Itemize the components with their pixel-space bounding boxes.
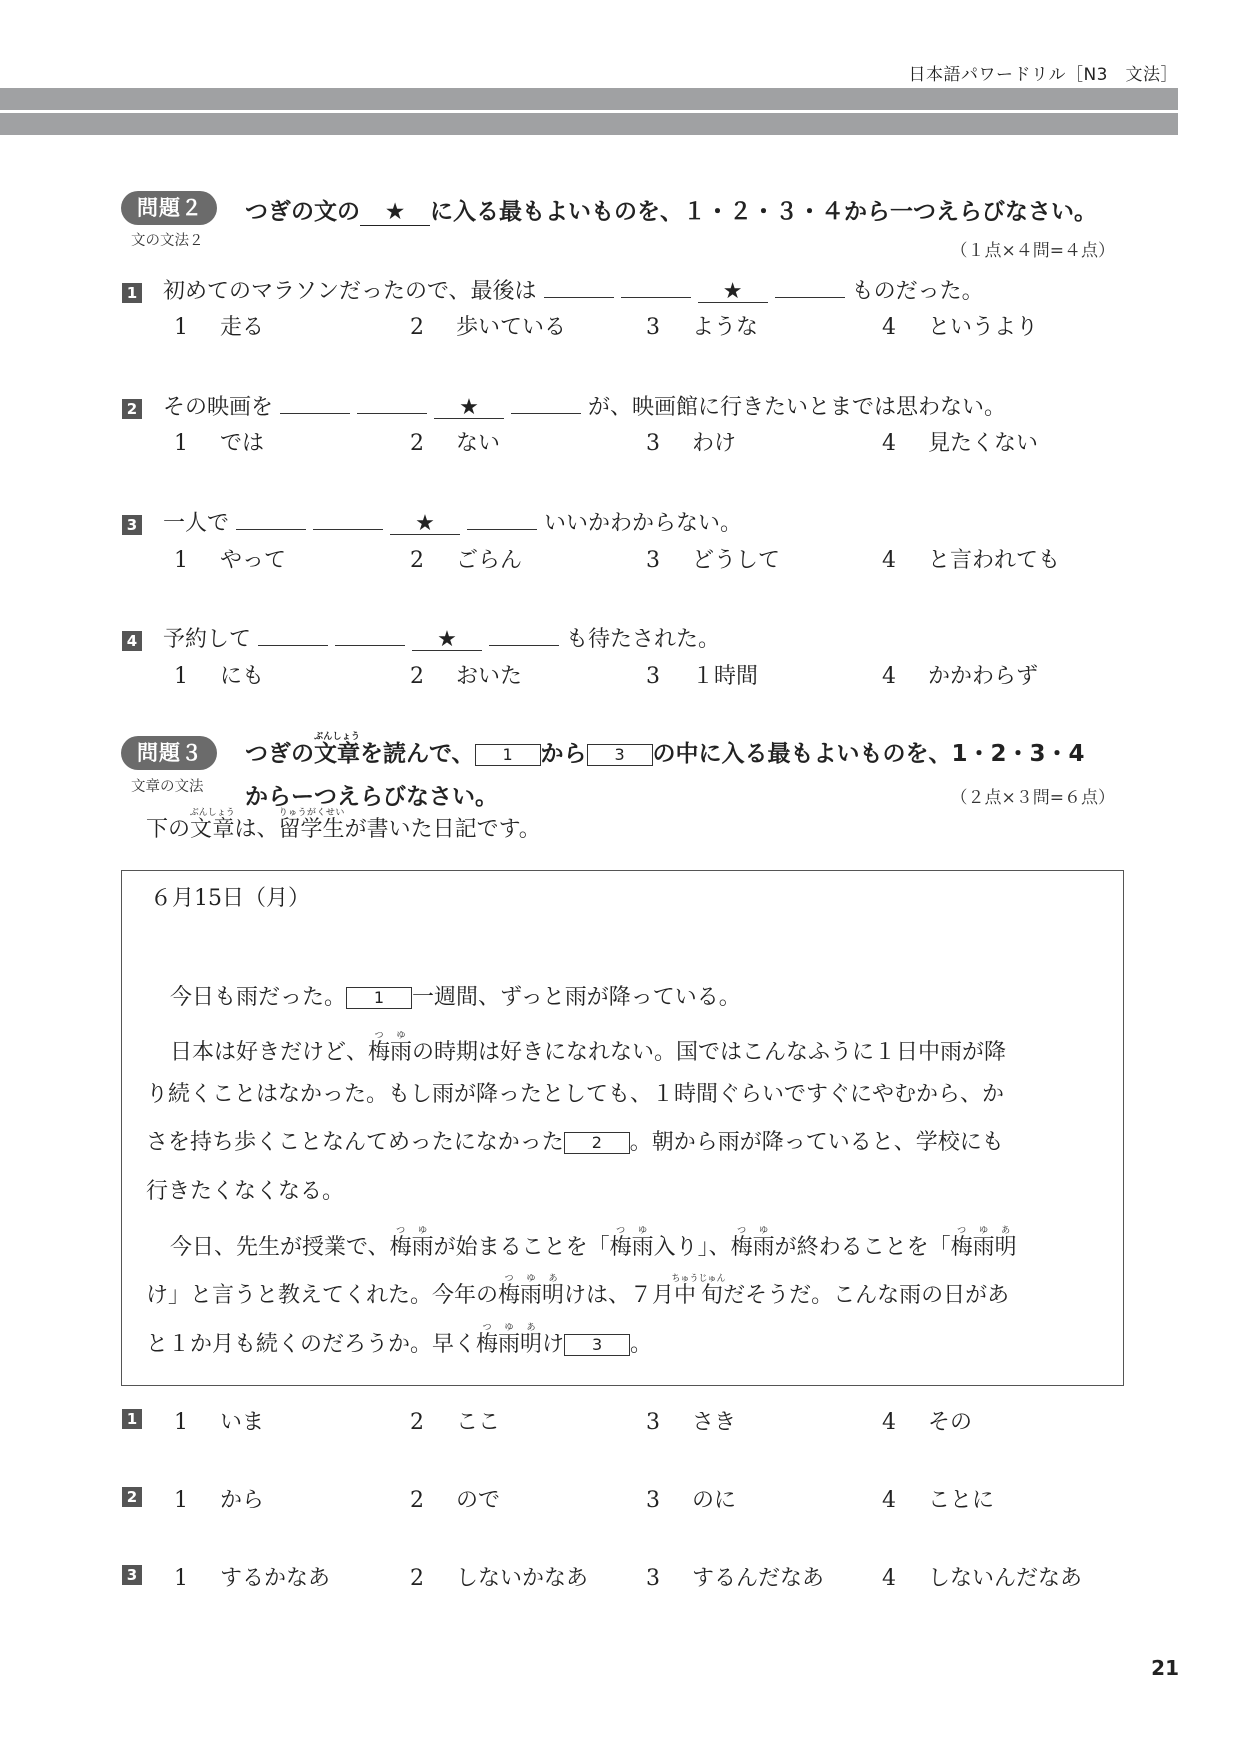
ruby-base: 梅雨 xyxy=(610,1235,654,1260)
mondai3-question-2: 2 1から 2ので 3のに 4ことに xyxy=(122,1483,1122,1513)
passage-text: さを持ち歩くことなんてめったになかった xyxy=(146,1130,564,1155)
option-text: ここ xyxy=(456,1410,500,1435)
option-text: のに xyxy=(692,1488,736,1513)
answer-blank[interactable] xyxy=(775,275,845,298)
option[interactable]: 4見たくない xyxy=(882,426,1122,457)
passage-text: 。朝から雨が降っていると、学校にも xyxy=(630,1130,1004,1155)
ruby-reading: ぶんしょう xyxy=(190,808,235,818)
passage-line: と１か月も続くのだろうか。早く梅雨明つゆあけ3。 xyxy=(146,1323,652,1360)
passage-text: 。 xyxy=(630,1332,652,1357)
option[interactable]: 4というより xyxy=(882,310,1122,341)
option-text: では xyxy=(220,431,264,456)
option-number: 2 xyxy=(410,548,456,573)
blank-box-1: 1 xyxy=(475,744,541,766)
passage-text: が始まることを「 xyxy=(434,1235,610,1260)
question-text: その映画を xyxy=(163,395,273,420)
question-number: 3 xyxy=(122,1565,142,1585)
running-title: 日本語パワードリル［N3 文法］ xyxy=(908,60,1178,85)
passage-text: けは、７月 xyxy=(564,1283,674,1308)
passage-text: 一週間、ずっと雨が降っている。 xyxy=(412,985,741,1010)
answer-blank[interactable] xyxy=(621,275,691,298)
star-blank: ★ xyxy=(360,199,430,226)
question-number: 4 xyxy=(122,631,142,651)
question-text: 初めてのマラソンだったので、最後は xyxy=(163,279,537,304)
option[interactable]: 3どうして xyxy=(646,543,886,574)
passage-text: が終わることを「 xyxy=(775,1235,951,1260)
option-number: 1 xyxy=(174,315,220,340)
option-text: １時間 xyxy=(692,664,758,689)
option-number: 2 xyxy=(410,315,456,340)
option-text: わけ xyxy=(692,431,736,456)
option[interactable]: 4と言われても xyxy=(882,543,1122,574)
option-number: 4 xyxy=(882,431,928,456)
option[interactable]: 1するかなあ xyxy=(174,1561,330,1592)
option-text: おいた xyxy=(456,664,522,689)
ruby-base: 梅雨明 xyxy=(951,1235,1017,1260)
option-number: 4 xyxy=(882,664,928,689)
mondai2-question-2: 2 その映画を ★が、映画館に行きたいとまでは思わない。 xyxy=(122,390,1006,421)
answer-blank[interactable] xyxy=(313,507,383,530)
mondai2-instruction: つぎの文の★に入る最もよいものを、１・２・３・４から一つえらびなさい。 xyxy=(245,193,1097,226)
ruby-base: 文章 xyxy=(190,817,235,842)
option-number: 3 xyxy=(646,1410,692,1435)
instruction-text: つぎの文の xyxy=(245,199,360,225)
option[interactable]: 1走る xyxy=(174,310,414,341)
header-band-top xyxy=(0,88,1178,110)
passage-line: け」と言うと教えてくれた。今年の梅雨明つゆあけは、７月中旬ちゅうじゅんだそうだ。… xyxy=(146,1274,1009,1311)
option-number: 3 xyxy=(646,431,692,456)
option-text: その xyxy=(928,1410,972,1435)
passage-line: り続くことはなかった。もし雨が降ったとしても、１時間ぐらいですぐにやむから、か xyxy=(146,1080,1004,1110)
ruby-reading: つゆ xyxy=(610,1226,654,1236)
passage-text: 入り」、 xyxy=(654,1235,731,1260)
answer-blank[interactable] xyxy=(544,275,614,298)
option-text: 走る xyxy=(220,315,264,340)
ruby-reading: つゆ xyxy=(368,1031,412,1041)
passage-lead: 下の文章ぶんしょうは、留学生りゅうがくせいが書いた日記です。 xyxy=(146,808,541,848)
option-text: やって xyxy=(220,548,286,573)
passage-line: 今日、先生が授業で、梅雨つゆが始まることを「梅雨つゆ入り」、梅雨つゆが終わること… xyxy=(170,1226,1017,1263)
blank-box-3: 3 xyxy=(587,744,653,766)
mondai3-instruction: つぎの文章ぶんしょうを読んで、1から3の中に入る最もよいものを、1・2・3・4 xyxy=(245,732,1085,776)
ruby-base: 中旬 xyxy=(672,1283,726,1308)
option-number: 2 xyxy=(410,664,456,689)
answer-blank[interactable] xyxy=(236,507,306,530)
lead-text: 下の xyxy=(146,817,190,842)
ruby-reading: ぶんしょう xyxy=(314,732,360,742)
option-text: 見たくない xyxy=(928,431,1038,456)
option[interactable]: 3ような xyxy=(646,310,886,341)
star-answer-blank[interactable]: ★ xyxy=(698,280,768,303)
question-number: 1 xyxy=(122,283,142,303)
ruby-base: 梅雨明 xyxy=(476,1332,542,1357)
option[interactable]: 3するんだなあ xyxy=(646,1561,824,1592)
passage-text: 今日、先生が授業で、 xyxy=(170,1235,390,1260)
option-number: 3 xyxy=(646,315,692,340)
question-text: 予約して xyxy=(163,627,251,652)
answer-blank[interactable] xyxy=(258,623,328,646)
option[interactable]: 1いま xyxy=(174,1405,264,1436)
option-text: しないんだなあ xyxy=(928,1566,1082,1591)
option-text: と言われても xyxy=(928,548,1060,573)
option[interactable]: 1では xyxy=(174,426,414,457)
passage-line: さを持ち歩くことなんてめったになかった2。朝から雨が降っていると、学校にも xyxy=(146,1128,1004,1158)
ruby-reading: つゆ xyxy=(390,1226,434,1236)
option-number: 4 xyxy=(882,1566,928,1591)
answer-blank[interactable] xyxy=(280,391,350,414)
option[interactable]: 3わけ xyxy=(646,426,886,457)
option-number: 3 xyxy=(646,548,692,573)
blank-box-3[interactable]: 3 xyxy=(564,1334,630,1356)
page-number: 21 xyxy=(1151,1656,1179,1680)
option-number: 4 xyxy=(882,1410,928,1435)
passage-line: 今日も雨だった。1一週間、ずっと雨が降っている。 xyxy=(170,983,741,1013)
option-text: ような xyxy=(692,315,758,340)
option[interactable]: 4その xyxy=(882,1405,972,1436)
diary-date: ６月15日（月） xyxy=(150,884,310,914)
mondai3-badge: 問題３ xyxy=(121,736,217,770)
passage-line: 日本は好きだけど、梅雨つゆの時期は好きになれない。国ではこんなふうに１日中雨が降 xyxy=(170,1031,1006,1068)
option-text: から xyxy=(220,1488,264,1513)
star-answer-blank[interactable]: ★ xyxy=(434,396,504,419)
lead-text: は、 xyxy=(235,817,279,842)
lead-text: が書いた日記です。 xyxy=(345,817,541,842)
option-number: 1 xyxy=(174,431,220,456)
ruby-reading: つゆあ xyxy=(498,1274,564,1284)
option[interactable]: 4かかわらず xyxy=(882,659,1122,690)
option-number: 3 xyxy=(646,1488,692,1513)
mondai3-subtitle: 文章の文法 xyxy=(131,775,204,796)
passage-text: 日本は好きだけど、 xyxy=(170,1040,368,1065)
instruction-text: つぎの xyxy=(245,741,314,767)
mondai2-score: （１点×４問=４点） xyxy=(951,236,1116,261)
mondai3-score: （２点×３問=６点） xyxy=(951,783,1116,808)
option-text: というより xyxy=(928,315,1038,340)
option[interactable]: 2おいた xyxy=(410,659,650,690)
ruby-reading: ちゅうじゅん xyxy=(672,1274,726,1284)
passage-text: け」と言うと教えてくれた。今年の xyxy=(146,1283,498,1308)
option-number: 3 xyxy=(646,664,692,689)
mondai2-question-4: 4 予約して ★も待たされた。 xyxy=(122,622,720,653)
option[interactable]: 3１時間 xyxy=(646,659,886,690)
ruby-base: 文章 xyxy=(314,741,360,767)
option-text: いま xyxy=(220,1410,264,1435)
option-text: 歩いている xyxy=(456,315,566,340)
blank-box-1[interactable]: 1 xyxy=(346,987,412,1009)
option-number: 1 xyxy=(174,664,220,689)
header-band-bottom xyxy=(0,113,1178,135)
option-number: 2 xyxy=(410,1410,456,1435)
question-number: 2 xyxy=(122,399,142,419)
ruby-reading: りゅうがくせい xyxy=(279,808,345,818)
blank-box-2[interactable]: 2 xyxy=(564,1132,630,1154)
option-text: するんだなあ xyxy=(692,1566,824,1591)
question-text: も待たされた。 xyxy=(566,627,720,652)
mondai3-instruction-line2: からーつえらびなさい。 xyxy=(245,778,498,811)
ruby-base: 梅雨 xyxy=(731,1235,775,1260)
option[interactable]: 2ここ xyxy=(410,1405,500,1436)
option-text: ので xyxy=(456,1488,500,1513)
instruction-text: を読んで、 xyxy=(360,741,475,767)
instruction-text: の中に入る最もよいものを、1・2・3・4 xyxy=(653,741,1085,767)
mondai3-question-3: 3 1するかなあ 2しないかなあ 3するんだなあ 4しないんだなあ xyxy=(122,1561,1122,1591)
instruction-text: から xyxy=(541,741,587,767)
passage-text: だそうだ。こんな雨の日があ xyxy=(723,1283,1009,1308)
option-number: 2 xyxy=(410,1488,456,1513)
answer-blank[interactable] xyxy=(335,623,405,646)
question-text: 一人で xyxy=(163,511,229,536)
option-number: 2 xyxy=(410,431,456,456)
question-text: が、映画館に行きたいとまでは思わない。 xyxy=(588,395,1006,420)
answer-blank[interactable] xyxy=(489,623,559,646)
ruby-reading: つゆあ xyxy=(476,1323,542,1333)
question-text: ものだった。 xyxy=(852,279,984,304)
option-number: 4 xyxy=(882,1488,928,1513)
option[interactable]: 2しないかなあ xyxy=(410,1561,588,1592)
mondai3-question-1: 1 1いま 2ここ 3さき 4その xyxy=(122,1405,1122,1435)
option[interactable]: 4しないんだなあ xyxy=(882,1561,1082,1592)
mondai2-subtitle: 文の文法２ xyxy=(131,229,204,250)
option-number: 3 xyxy=(646,1566,692,1591)
option-text: しないかなあ xyxy=(456,1566,588,1591)
option-text: ない xyxy=(456,431,500,456)
option-number: 4 xyxy=(882,548,928,573)
answer-blank[interactable] xyxy=(511,391,581,414)
option-number: 1 xyxy=(174,1410,220,1435)
option[interactable]: 2ごらん xyxy=(410,543,650,574)
option[interactable]: 3さき xyxy=(646,1405,736,1436)
option-text: ごらん xyxy=(456,548,522,573)
option-text: どうして xyxy=(692,548,780,573)
question-number: 2 xyxy=(122,1487,142,1507)
option-number: 4 xyxy=(882,315,928,340)
passage-text: け xyxy=(542,1332,564,1357)
option-number: 1 xyxy=(174,1566,220,1591)
passage-text: と１か月も続くのだろうか。早く xyxy=(146,1332,476,1357)
instruction-text: に入る最もよいものを、１・２・３・４から一つえらびなさい。 xyxy=(430,199,1097,225)
star-answer-blank[interactable]: ★ xyxy=(390,512,460,535)
question-text: いいかわからない。 xyxy=(544,511,742,536)
option[interactable]: 1やって xyxy=(174,543,414,574)
option[interactable]: 4ことに xyxy=(882,1483,994,1514)
ruby-base: 梅雨 xyxy=(390,1235,434,1260)
option[interactable]: 2ない xyxy=(410,426,650,457)
ruby-base: 留学生 xyxy=(279,817,345,842)
ruby-reading: つゆあ xyxy=(951,1226,1017,1236)
ruby-base: 梅雨明 xyxy=(498,1283,564,1308)
option[interactable]: 2歩いている xyxy=(410,310,650,341)
option-text: かかわらず xyxy=(928,664,1038,689)
star-answer-blank[interactable]: ★ xyxy=(412,628,482,651)
option[interactable]: 1から xyxy=(174,1483,264,1514)
answer-blank[interactable] xyxy=(467,507,537,530)
mondai2-question-3: 3 一人で ★いいかわからない。 xyxy=(122,506,742,537)
option[interactable]: 1にも xyxy=(174,659,414,690)
option-number: 2 xyxy=(410,1566,456,1591)
option-number: 1 xyxy=(174,1488,220,1513)
mondai2-badge: 問題２ xyxy=(121,191,217,225)
ruby-reading: つゆ xyxy=(731,1226,775,1236)
option-text: さき xyxy=(692,1410,736,1435)
option[interactable]: 3のに xyxy=(646,1483,736,1514)
option-text: ことに xyxy=(928,1488,994,1513)
question-number: 1 xyxy=(122,1409,142,1429)
passage-text: 今日も雨だった。 xyxy=(170,985,346,1010)
mondai2-question-1: 1 初めてのマラソンだったので、最後は ★ものだった。 xyxy=(122,274,984,305)
passage-line: 行きたくなくなる。 xyxy=(146,1177,344,1207)
option-text: にも xyxy=(220,664,264,689)
option-text: するかなあ xyxy=(220,1566,330,1591)
passage-text: の時期は好きになれない。国ではこんなふうに１日中雨が降 xyxy=(412,1040,1006,1065)
option-number: 1 xyxy=(174,548,220,573)
question-number: 3 xyxy=(122,515,142,535)
answer-blank[interactable] xyxy=(357,391,427,414)
ruby-base: 梅雨 xyxy=(368,1040,412,1065)
option[interactable]: 2ので xyxy=(410,1483,500,1514)
